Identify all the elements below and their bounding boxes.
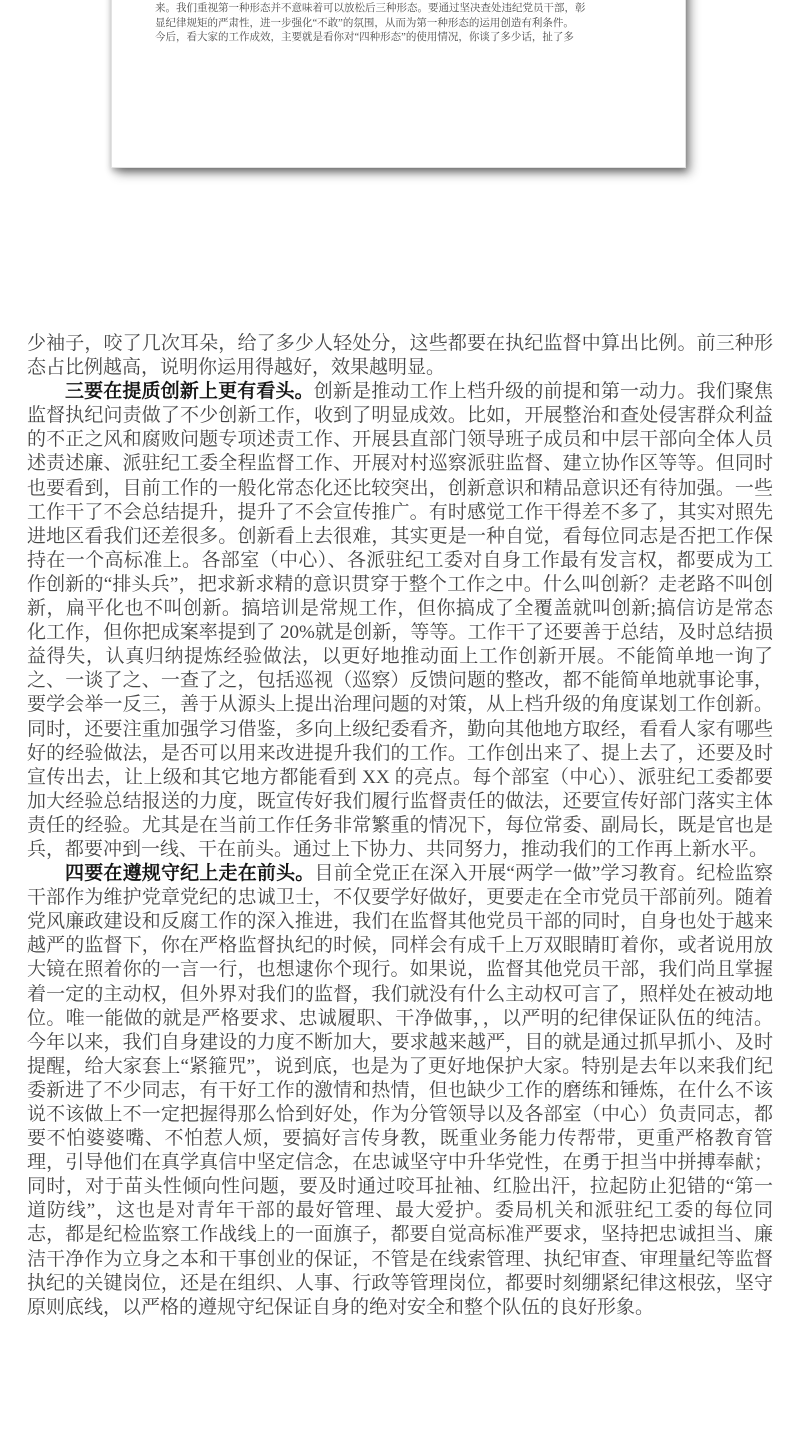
page: { "preview_card": { "lines": [ "来。我们重视第一… [0, 0, 800, 1432]
preview-line: 来。我们重视第一种形态并不意味着可以放松后三种形态。要通过坚决查处违纪党员干部，… [155, 2, 645, 17]
page-preview-text: 来。我们重视第一种形态并不意味着可以放松后三种形态。要通过坚决查处违纪党员干部，… [155, 2, 645, 46]
paragraph-lead-bold: 三要在提质创新上更有看头。 [65, 381, 314, 402]
paragraph-text: 创新是推动工作上档升级的前提和第一动力。我们聚焦监督执纪问责做了不少创新工作，收… [27, 381, 773, 860]
preview-line: 今后，看大家的工作成效，主要就是看你对“四种形态”的使用情况，你谈了多少话，扯了… [155, 31, 645, 46]
paragraph: 三要在提质创新上更有看头。创新是推动工作上档升级的前提和第一动力。我们聚焦监督执… [27, 380, 773, 862]
document-text: 少袖子，咬了几次耳朵，给了多少人轻处分，这些都要在执纪监督中算出比例。前三种形态… [27, 332, 773, 1320]
paragraph-lead-bold: 四要在遵规守纪上走在前头。 [65, 863, 315, 884]
paragraph-text: 目前全党正在深入开展“两学一做”学习教育。纪检监察干部作为维护党章党纪的忠诚卫士… [27, 863, 773, 1318]
paragraph-text: 少袖子，咬了几次耳朵，给了多少人轻处分，这些都要在执纪监督中算出比例。前三种形态… [27, 333, 773, 378]
page-preview-card: 来。我们重视第一种形态并不意味着可以放松后三种形态。要通过坚决查处违纪党员干部，… [111, 0, 686, 168]
paragraph: 四要在遵规守纪上走在前头。目前全党正在深入开展“两学一做”学习教育。纪检监察干部… [27, 862, 773, 1320]
preview-line: 显纪律规矩的严肃性，进一步强化“不敢”的氛围，从而为第一种形态的运用创造有利条件… [155, 17, 645, 32]
paragraph: 少袖子，咬了几次耳朵，给了多少人轻处分，这些都要在执纪监督中算出比例。前三种形态… [27, 332, 773, 380]
